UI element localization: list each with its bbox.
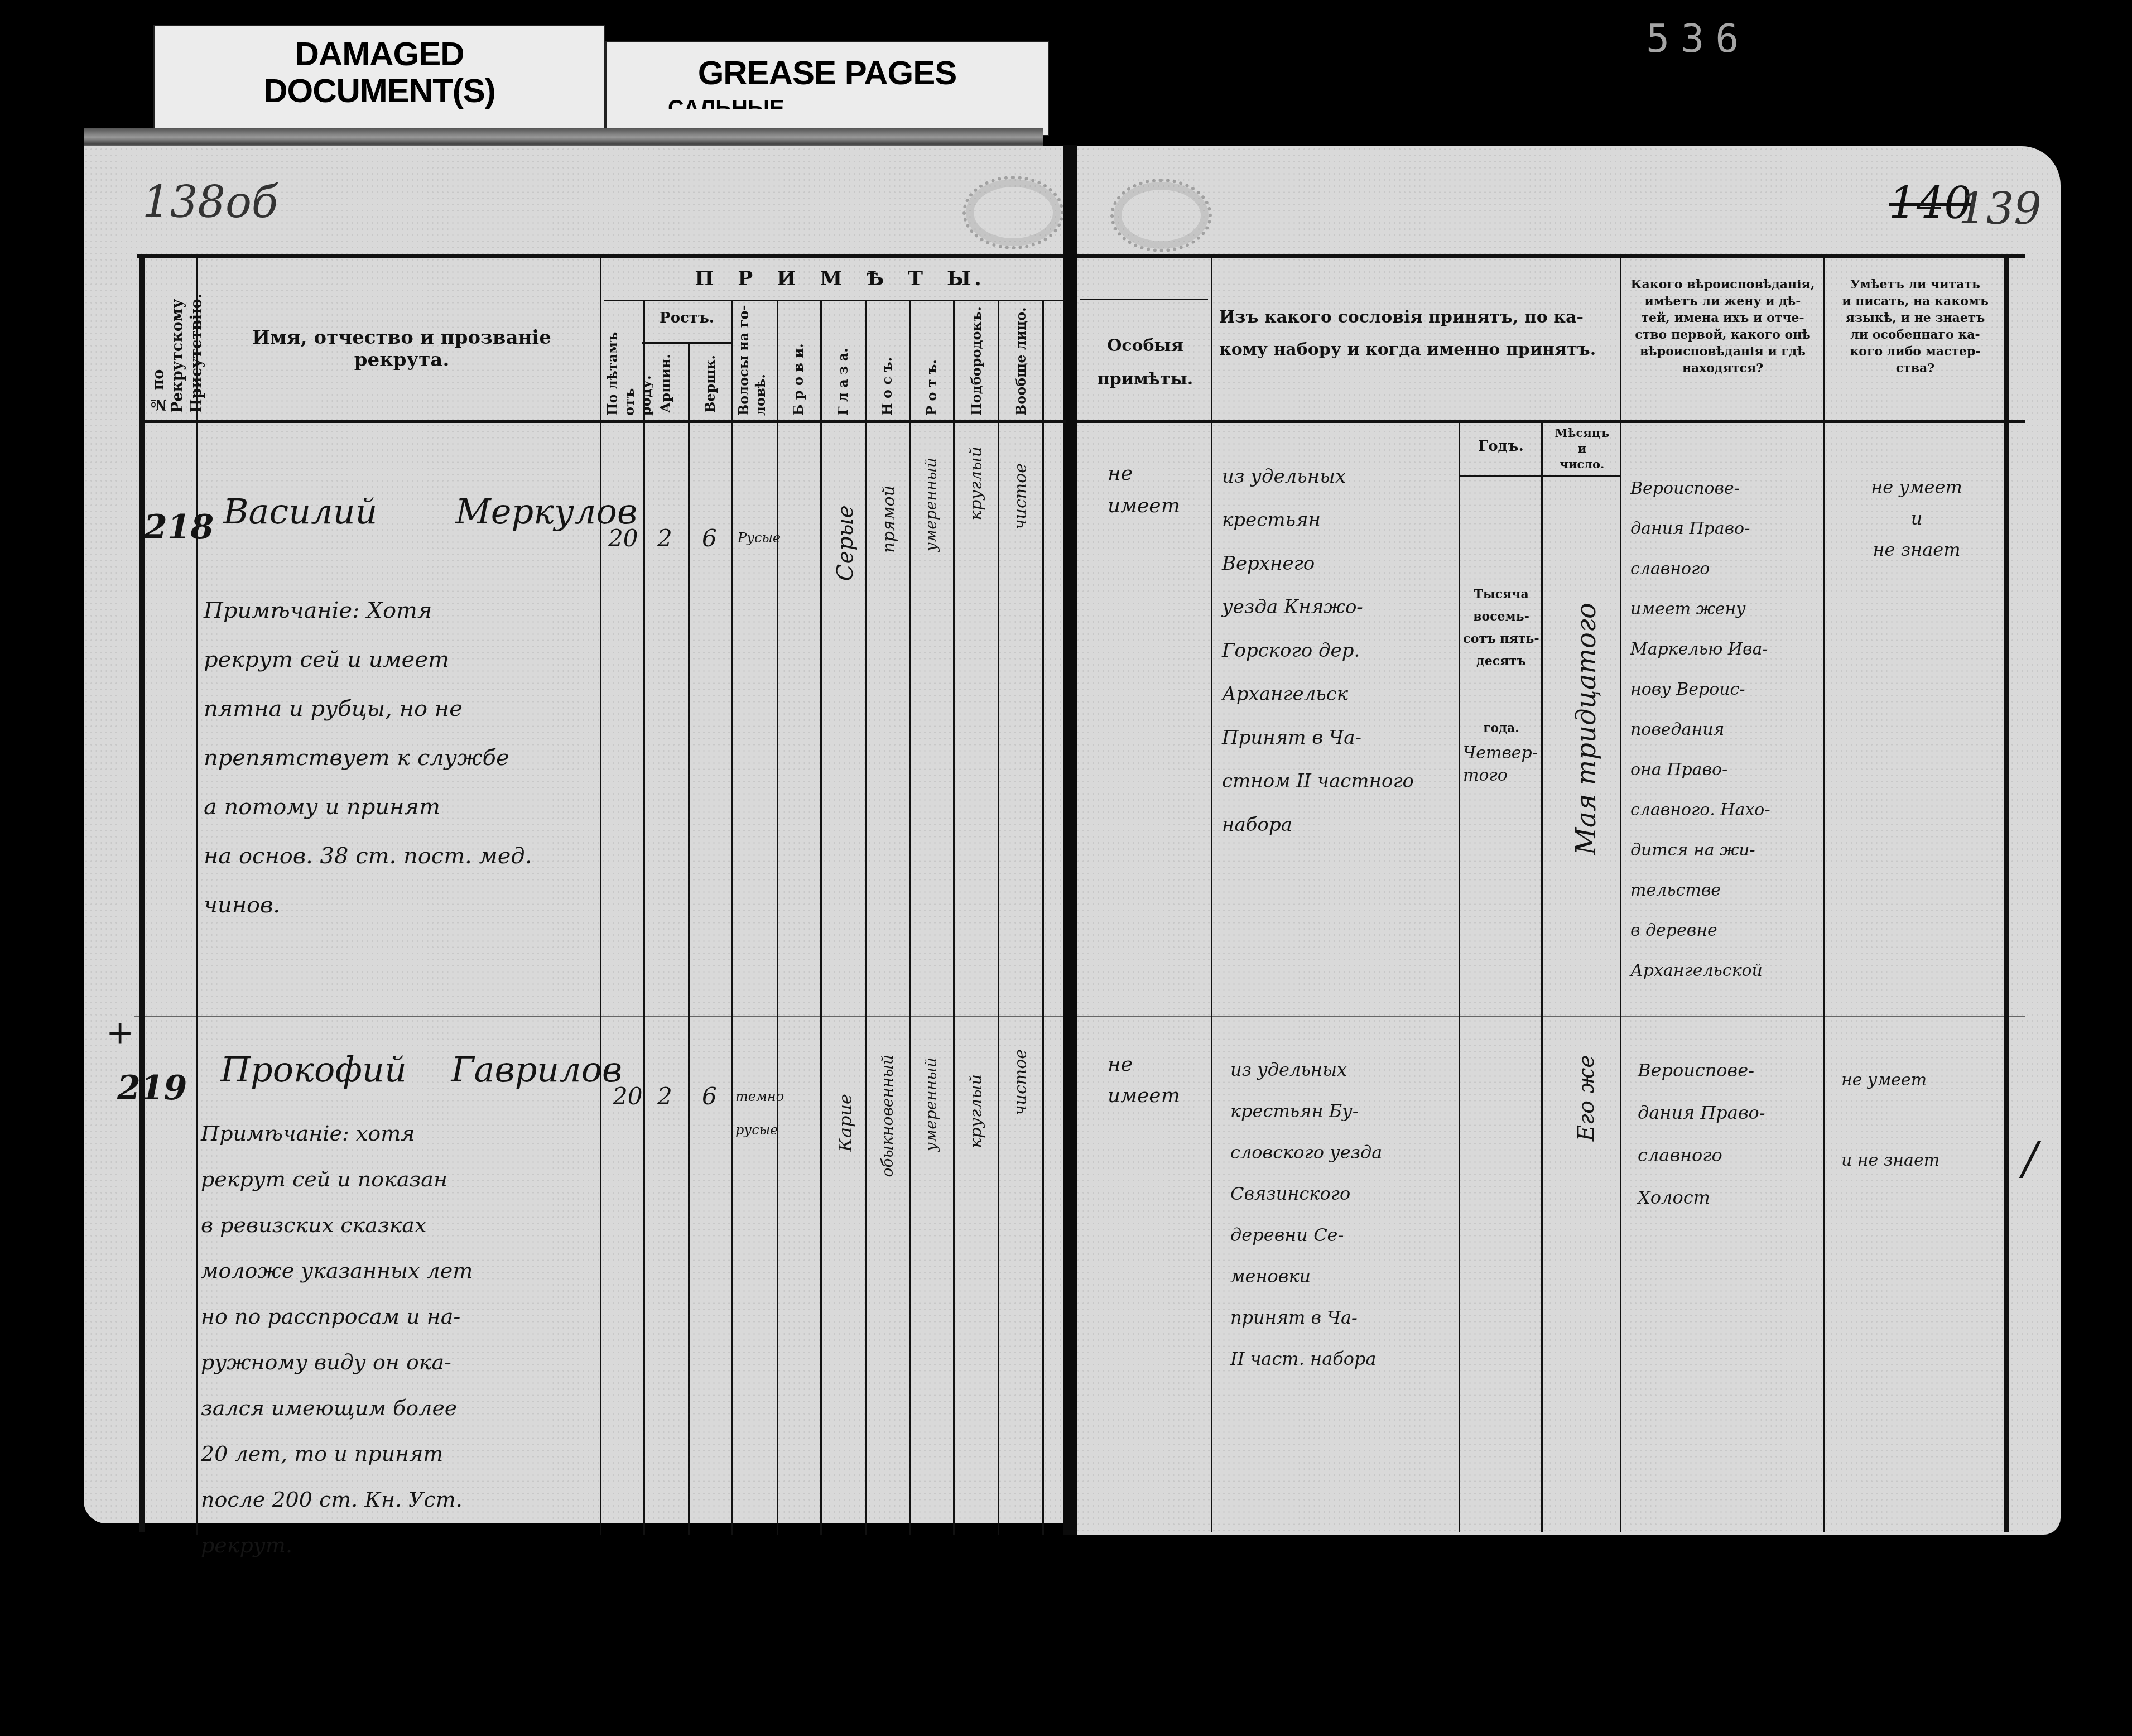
header-religion: Какого вѣроисповѣданія, имѣетъ ли жену и…: [1624, 276, 1822, 377]
damaged-line2: DOCUMENT(S): [155, 73, 604, 109]
eyes-value: Серые: [832, 505, 858, 581]
header-month-day: Мѣсяцъ и число.: [1544, 425, 1620, 472]
col-line: [1620, 257, 1621, 1532]
damaged-document-card: DAMAGED DOCUMENT(S): [153, 25, 605, 136]
nose-value: прямой: [879, 485, 899, 553]
printed-year-text: Тысяча восемь- сотъ пять- десятъ года.: [1461, 583, 1542, 739]
header-eyes: Г л а з а.: [833, 304, 853, 416]
chin-value: круглый: [966, 1074, 986, 1148]
recruit-note: Примѣчаніе: хотя рекрут сей и показан в …: [201, 1110, 603, 1568]
left-row-divider: [134, 1016, 1063, 1017]
col-line: [953, 300, 955, 1535]
grease-pages-card: GREASE PAGES САЛЬНЫЕ: [605, 41, 1049, 136]
book-spine: [1063, 145, 1077, 1535]
record-number: 218: [144, 508, 214, 547]
face-value: чистое: [1011, 1049, 1031, 1115]
header-literacy: Умѣетъ ли читать и писать, на какомъ язы…: [1827, 276, 2003, 377]
special-sub-line: [1080, 299, 1208, 300]
damaged-line1: DAMAGED: [155, 36, 604, 73]
vershok-value: 6: [702, 525, 717, 552]
folio-right: 139: [1958, 184, 2042, 234]
age-value: 20: [608, 525, 638, 552]
mouth-value: умеренный: [922, 458, 940, 551]
header-height: Ростъ.: [645, 310, 729, 326]
left-outer-border: [139, 254, 145, 1532]
record-number: 219: [117, 1069, 187, 1108]
year-written-value: Четвер- того: [1463, 742, 1538, 787]
right-header-bottom: [1077, 420, 2025, 423]
col-line: [909, 300, 911, 1535]
col-line: [998, 300, 999, 1535]
recruit-name: Василий Меркулов: [223, 491, 637, 532]
col-line: [688, 343, 690, 1535]
right-row-divider: [1077, 1016, 2025, 1017]
header-recruit-name: Имя, отчество и прозваніе рекрута.: [212, 326, 591, 371]
right-outer-border: [2004, 257, 2009, 1532]
col-line: [777, 300, 778, 1535]
month-day-value: Его же: [1573, 1055, 1599, 1141]
header-brows: Б р о в и.: [788, 304, 808, 416]
folio-left: 138об: [142, 177, 278, 228]
col-line: [1211, 257, 1212, 1532]
col-line: [820, 300, 822, 1535]
origin-value: из удельных крестьян Бу- словского уезда…: [1230, 1049, 1465, 1379]
header-special-marks: Особыя примѣты.: [1082, 329, 1208, 396]
grease-partial-text: САЛЬНЫЕ: [607, 96, 1048, 109]
arshin-value: 2: [657, 1083, 672, 1110]
mouth-value: умеренный: [922, 1057, 940, 1151]
col-line: [731, 300, 733, 1535]
col-line: [643, 300, 645, 1535]
literacy-value: не умеет и не знает: [1841, 1060, 1940, 1181]
recruit-note: Примѣчаніе: Хотя рекрут сей и имеет пятн…: [204, 586, 594, 930]
vershok-value: 6: [702, 1083, 717, 1110]
religion-value: Вероиспове- дания Право- славного Холост: [1638, 1049, 1822, 1219]
special-marks-value: не имеет: [1108, 458, 1180, 522]
header-primety: П Р И М Ѣ Т Ы.: [619, 267, 1060, 290]
right-table-top: [1077, 254, 2025, 258]
month-day-value: Мая тридцатого: [1571, 603, 1602, 855]
embossed-stamp-left: [962, 176, 1064, 249]
col-line: [196, 257, 198, 1535]
col-line: [865, 300, 867, 1535]
face-value: чистое: [1011, 463, 1031, 530]
header-arshin: Аршин.: [656, 346, 676, 413]
rost-subline: [642, 342, 731, 344]
header-chin: Подбородокъ.: [966, 304, 986, 416]
literacy-value: не умеет и не знает: [1836, 472, 1998, 565]
header-origin: Изъ какого сословія принятъ, по ка- кому…: [1219, 301, 1621, 366]
primety-subheader-line: [604, 300, 1066, 301]
hair-value: темно русые: [735, 1080, 784, 1147]
arshin-value: 2: [657, 525, 672, 552]
margin-cross-mark: +: [106, 1013, 134, 1052]
grease-line1: GREASE PAGES: [607, 55, 1048, 92]
frame-counter: 536: [1646, 16, 1750, 61]
header-face: Вообще лицо.: [1011, 304, 1031, 416]
religion-value: Вероиспове- дания Право- славного имеет …: [1630, 469, 1823, 991]
header-year: Годъ.: [1462, 438, 1540, 455]
age-value: 20: [613, 1083, 642, 1110]
hair-value: Русые: [738, 530, 781, 546]
origin-value: из удельных крестьян Верхнего уезда Княж…: [1222, 455, 1467, 847]
header-hair: Волосы на го- ловѣ.: [735, 304, 769, 416]
recruit-name: Прокофий Гаврилов: [220, 1049, 622, 1090]
nose-value: обыкновенный: [878, 1055, 897, 1177]
left-header-bottom: [145, 420, 1066, 423]
chin-value: круглый: [966, 446, 986, 521]
special-marks-value: не имеет: [1108, 1049, 1180, 1112]
header-vershok: Вершк.: [700, 346, 720, 413]
embossed-stamp-right: [1110, 179, 1212, 252]
margin-tick-mark: /: [2023, 1133, 2038, 1185]
year-month-sub-line: [1459, 475, 1621, 477]
header-recruit-number: № по Рекрутскому Присутствію.: [150, 262, 206, 413]
eyes-value: Карие: [835, 1094, 856, 1152]
col-line: [1042, 300, 1044, 1535]
header-mouth: Р о т ъ.: [922, 304, 942, 416]
header-nose: Н о с ъ.: [877, 304, 897, 416]
col-line: [1823, 257, 1825, 1532]
